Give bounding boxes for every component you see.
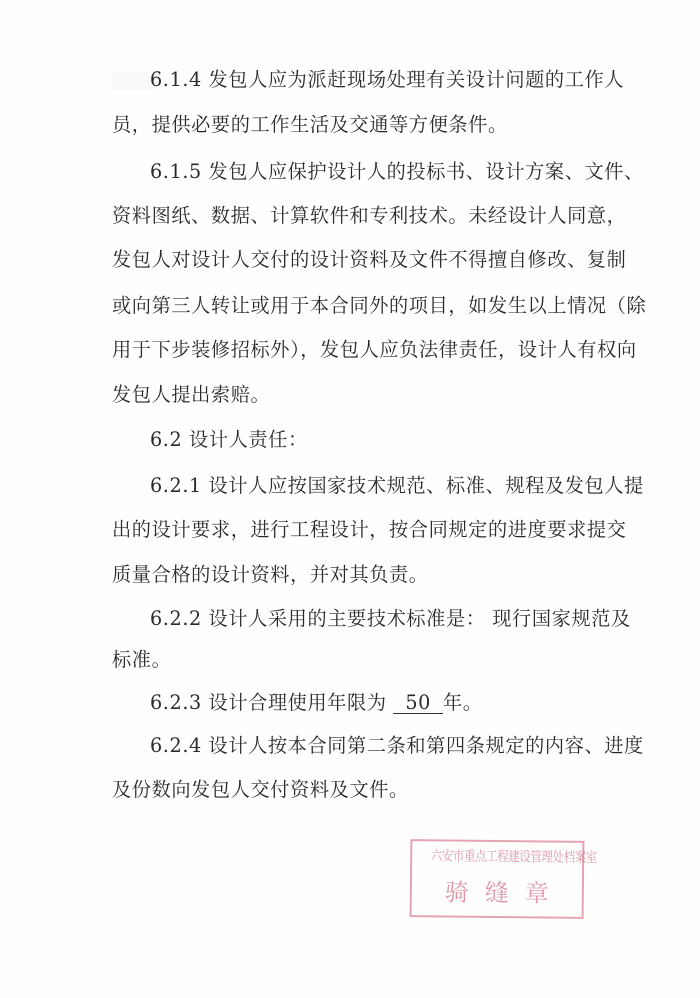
clause-6-2-3-prefix: 6.2.3 设计合理使用年限为 bbox=[150, 691, 393, 714]
clause-6-1-5-line-6: 发包人提出索赔。 bbox=[112, 383, 592, 407]
clause-6-2-3: 6.2.3 设计合理使用年限为 50年。 bbox=[150, 691, 592, 715]
clause-6-2-4-line-1: 6.2.4 设计人按本合同第二条和第四条规定的内容、进度 bbox=[150, 734, 592, 758]
service-life-value: 50 bbox=[393, 693, 443, 714]
clause-6-1-5-line-1: 6.1.5 发包人应保护设计人的投标书、设计方案、文件、 bbox=[150, 160, 592, 184]
clause-6-2-3-suffix: 年。 bbox=[443, 691, 483, 714]
document-page: 6.1.4 发包人应为派赶现场处理有关设计问题的工作人 员，提供必要的工作生活及… bbox=[0, 0, 700, 998]
clause-6-2-2-line-1: 6.2.2 设计人采用的主要技术标准是： 现行国家规范及 bbox=[150, 607, 592, 631]
section-6-2-heading: 6.2 设计人责任： bbox=[150, 428, 592, 452]
stamp-organization-text: 六安市重点工程建设管理处档案室 bbox=[431, 847, 564, 866]
clause-6-2-1-line-3: 质量合格的设计资料，并对其负责。 bbox=[112, 563, 592, 587]
clause-6-2-4-line-2: 及份数向发包人交付资料及文件。 bbox=[112, 778, 592, 802]
clause-6-2-1-line-2: 出的设计要求，进行工程设计，按合同规定的进度要求提交 bbox=[112, 518, 592, 542]
stamp-label-text: 骑缝章 bbox=[412, 877, 582, 909]
clause-6-1-5-line-4: 或向第三人转让或用于本合同外的项目，如发生以上情况（除 bbox=[112, 294, 592, 318]
scan-artifact bbox=[112, 72, 152, 90]
clause-6-1-4-line-1: 6.1.4 发包人应为派赶现场处理有关设计问题的工作人 bbox=[150, 68, 592, 92]
clause-6-1-5-line-5: 用于下步装修招标外），发包人应负法律责任，设计人有权向 bbox=[112, 338, 592, 362]
clause-6-1-4-line-2: 员，提供必要的工作生活及交通等方便条件。 bbox=[112, 113, 592, 137]
clause-6-1-5-line-3: 发包人对设计人交付的设计资料及文件不得擅自修改、复制 bbox=[112, 248, 592, 272]
clause-6-1-5-line-2: 资料图纸、数据、计算软件和专利技术。未经设计人同意， bbox=[112, 204, 592, 228]
clause-6-2-1-line-1: 6.2.1 设计人应按国家技术规范、标准、规程及发包人提 bbox=[150, 474, 592, 498]
clause-6-2-2-line-2: 标准。 bbox=[112, 648, 592, 672]
seal-stamp: 六安市重点工程建设管理处档案室 骑缝章 bbox=[410, 839, 585, 919]
